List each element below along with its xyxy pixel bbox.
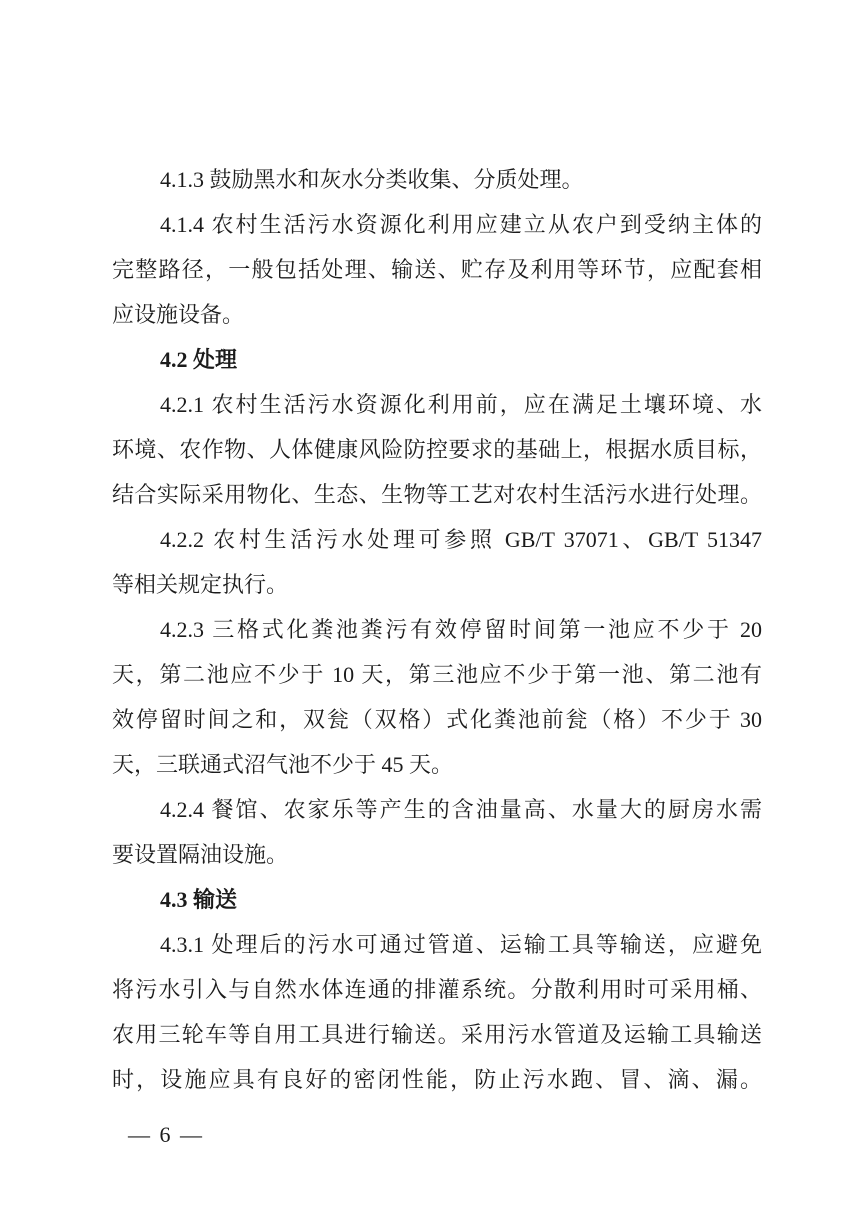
paragraph: 4.2.3 三格式化粪池粪污有效停留时间第一池应不少于 20天，第二池应不少于 … [112,607,762,787]
document-body: 4.1.3 鼓励黑水和灰水分类收集、分质处理。4.1.4 农村生活污水资源化利用… [112,157,762,1102]
text-line: 4.2.4 餐馆、农家乐等产生的含油量高、水量大的厨房水需 [112,787,762,832]
text-line: 结合实际采用物化、生态、生物等工艺对农村生活污水进行处理。 [112,472,762,517]
section-heading: 4.2 处理 [112,337,762,382]
text-line: 4.3 输送 [112,877,762,922]
text-line: 应设施设备。 [112,292,762,337]
paragraph: 4.1.4 农村生活污水资源化利用应建立从农户到受纳主体的完整路径，一般包括处理… [112,202,762,337]
text-line: 将污水引入与自然水体连通的排灌系统。分散利用时可采用桶、 [112,967,762,1012]
text-line: 天，第二池应不少于 10 天，第三池应不少于第一池、第二池有 [112,652,762,697]
paragraph: 4.2.1 农村生活污水资源化利用前，应在满足土壤环境、水环境、农作物、人体健康… [112,382,762,517]
text-line: 等相关规定执行。 [112,562,762,607]
text-line: 4.3.1 处理后的污水可通过管道、运输工具等输送，应避免 [112,922,762,967]
section-heading: 4.3 输送 [112,877,762,922]
paragraph: 4.1.3 鼓励黑水和灰水分类收集、分质处理。 [112,157,762,202]
paragraph: 4.2.2 农村生活污水处理可参照 GB/T 37071、GB/T 51347等… [112,517,762,607]
paragraph: 4.2.4 餐馆、农家乐等产生的含油量高、水量大的厨房水需要设置隔油设施。 [112,787,762,877]
text-line: 环境、农作物、人体健康风险防控要求的基础上，根据水质目标， [112,427,762,472]
text-line: 4.2.2 农村生活污水处理可参照 GB/T 37071、GB/T 51347 [112,517,762,562]
text-line: 4.2.1 农村生活污水资源化利用前，应在满足土壤环境、水 [112,382,762,427]
text-line: 4.2 处理 [112,337,762,382]
document-page: 4.1.3 鼓励黑水和灰水分类收集、分质处理。4.1.4 农村生活污水资源化利用… [0,0,868,1227]
page-number: — 6 — [128,1112,204,1157]
text-line: 农用三轮车等自用工具进行输送。采用污水管道及运输工具输送 [112,1012,762,1057]
text-line: 完整路径，一般包括处理、输送、贮存及利用等环节，应配套相 [112,247,762,292]
text-line: 效停留时间之和，双瓮（双格）式化粪池前瓮（格）不少于 30 [112,697,762,742]
text-line: 4.2.3 三格式化粪池粪污有效停留时间第一池应不少于 20 [112,607,762,652]
text-line: 4.1.3 鼓励黑水和灰水分类收集、分质处理。 [112,157,762,202]
text-line: 天，三联通式沼气池不少于 45 天。 [112,742,762,787]
text-line: 时，设施应具有良好的密闭性能，防止污水跑、冒、滴、漏。 [112,1057,762,1102]
text-line: 要设置隔油设施。 [112,832,762,877]
text-line: 4.1.4 农村生活污水资源化利用应建立从农户到受纳主体的 [112,202,762,247]
paragraph: 4.3.1 处理后的污水可通过管道、运输工具等输送，应避免将污水引入与自然水体连… [112,922,762,1102]
